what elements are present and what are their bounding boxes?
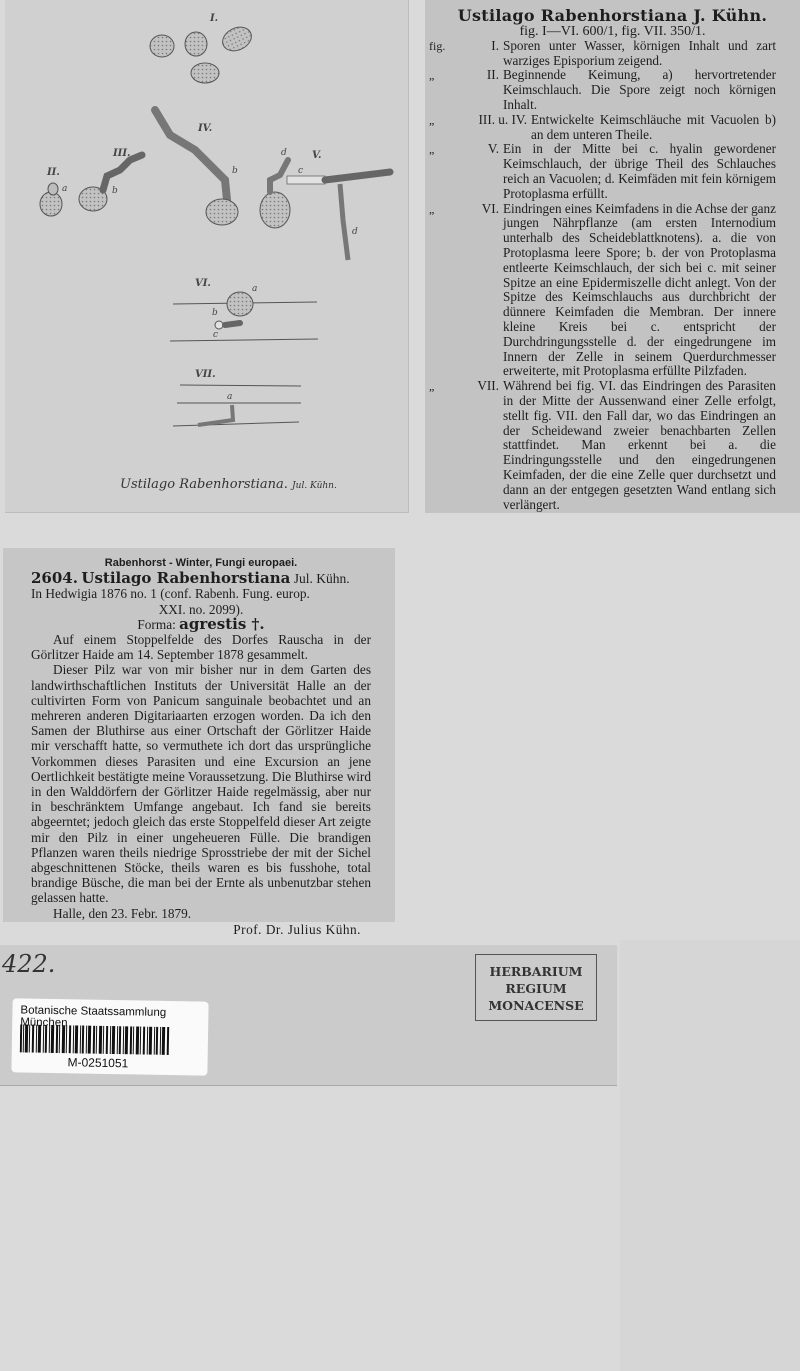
explanation-item: „ II. Beginnende Keimung, a) hervortrete… bbox=[425, 68, 800, 112]
letter-VII-a: a bbox=[227, 392, 232, 402]
stamp-line-2: REGIUM bbox=[476, 980, 596, 997]
letter-V-d2: d bbox=[352, 227, 358, 237]
plate-caption-taxon: Ustilago Rabenhorstiana. bbox=[120, 477, 288, 492]
taxon-author: Jul. Kühn. bbox=[294, 571, 350, 586]
item-text: Sporen unter Wasser, körnigen Inhalt und… bbox=[503, 39, 800, 69]
letter-IV-b: b bbox=[232, 166, 238, 176]
taxon-name: Ustilago Rabenhorstiana bbox=[81, 569, 290, 587]
label-date: Halle, den 23. Febr. 1879. bbox=[31, 906, 371, 921]
description-text: Dieser Pilz war von mir bisher nur in de… bbox=[31, 662, 371, 905]
item-prefix: „ bbox=[425, 68, 453, 112]
stamp-line-1: HERBARIUM bbox=[476, 963, 596, 980]
exsiccata-label: Rabenhorst - Winter, Fungi europaei. 260… bbox=[3, 548, 395, 922]
explanation-item: „ VI. Eindringen eines Keimfadens in die… bbox=[425, 202, 800, 380]
barcode-icon bbox=[20, 1024, 170, 1055]
herbarium-stamp: HERBARIUM REGIUM MONACENSE bbox=[475, 954, 597, 1021]
plate-caption-author: Jul. Kühn. bbox=[292, 481, 337, 491]
item-prefix: „ bbox=[425, 379, 453, 512]
fungal-spore-drawings bbox=[5, 0, 408, 512]
fig-label-VI: VI. bbox=[195, 278, 211, 289]
item-prefix: „ bbox=[425, 142, 453, 201]
explanation-item: „ V. Ein in der Mitte bei c. hyalin gewo… bbox=[425, 142, 800, 201]
figure-explanation-label: Ustilago Rabenhorstiana J. Kühn. fig. I—… bbox=[425, 0, 800, 513]
forma-name: agrestis †. bbox=[179, 615, 264, 633]
item-text: Beginnende Keimung, a) hervortretender K… bbox=[503, 68, 800, 112]
item-prefix: „ bbox=[425, 113, 453, 143]
letter-II-a: a bbox=[62, 184, 67, 194]
item-number: II. bbox=[453, 68, 503, 112]
forma-label: Forma: bbox=[137, 617, 175, 632]
illustration-plate: I. II. III. IV. V. VI. VII. a b b d c d … bbox=[5, 0, 409, 513]
fig-label-V: V. bbox=[312, 150, 322, 161]
handwritten-number: 422. bbox=[2, 950, 55, 978]
citation: In Hedwigia 1876 no. 1 (conf. Rabenh. Fu… bbox=[31, 586, 371, 601]
fig-label-II: II. bbox=[47, 167, 60, 178]
item-prefix: fig. bbox=[425, 39, 453, 69]
letter-VI-b: b bbox=[212, 308, 218, 318]
label-body: Auf einem Stoppelfelde des Dorfes Rausch… bbox=[31, 632, 371, 906]
fig-label-I: I. bbox=[210, 13, 218, 24]
item-text: Eindringen eines Keimfadens in die Achse… bbox=[503, 202, 800, 380]
label-signature: Prof. Dr. Julius Kühn. bbox=[31, 922, 371, 937]
item-text: Während bei fig. VI. das Eindringen des … bbox=[503, 379, 800, 512]
forma: Forma: agrestis †. bbox=[31, 617, 371, 632]
letter-VI-c: c bbox=[213, 330, 218, 340]
explanation-title: Ustilago Rabenhorstiana J. Kühn. bbox=[425, 9, 800, 24]
explanation-item: „ VII. Während bei fig. VI. das Eindring… bbox=[425, 379, 800, 512]
plate-caption: Ustilago Rabenhorstiana. Jul. Kühn. bbox=[120, 477, 337, 492]
letter-V-d: d bbox=[281, 148, 287, 158]
item-text: Entwickelte Keimschläuche mit Vacuolen b… bbox=[531, 113, 800, 143]
locality-text: Auf einem Stoppelfelde des Dorfes Rausch… bbox=[31, 632, 371, 662]
explanation-item: fig. I. Sporen unter Wasser, körnigen In… bbox=[425, 39, 800, 69]
barcode-label: Botanische Staatssammlung München M-0251… bbox=[11, 998, 208, 1075]
item-prefix: „ bbox=[425, 202, 453, 380]
fig-label-VII: VII. bbox=[195, 369, 216, 380]
fig-label-III: III. bbox=[113, 148, 131, 159]
exsiccata-number: 2604. bbox=[31, 569, 78, 587]
item-number: I. bbox=[453, 39, 503, 69]
item-number: VII. bbox=[453, 379, 503, 512]
letter-VI-a: a bbox=[252, 284, 257, 294]
item-number: VI. bbox=[453, 202, 503, 380]
barcode-number: M-0251051 bbox=[67, 1055, 128, 1070]
item-number: V. bbox=[453, 142, 503, 201]
explanation-item: „ III. u. IV. Entwickelte Keimschläuche … bbox=[425, 113, 800, 143]
item-number: III. u. IV. bbox=[453, 113, 531, 143]
fig-label-IV: IV. bbox=[198, 123, 212, 134]
right-sheet-edge bbox=[620, 940, 800, 1371]
letter-V-c: c bbox=[298, 166, 303, 176]
item-text: Ein in der Mitte bei c. hyalin gewordene… bbox=[503, 142, 800, 201]
exsiccata-heading: 2604. Ustilago Rabenhorstiana Jul. Kühn. bbox=[31, 571, 371, 586]
stamp-line-3: MONACENSE bbox=[476, 997, 596, 1014]
explanation-magnification: fig. I—VI. 600/1, fig. VII. 350/1. bbox=[425, 24, 800, 39]
letter-III-b: b bbox=[112, 186, 118, 196]
